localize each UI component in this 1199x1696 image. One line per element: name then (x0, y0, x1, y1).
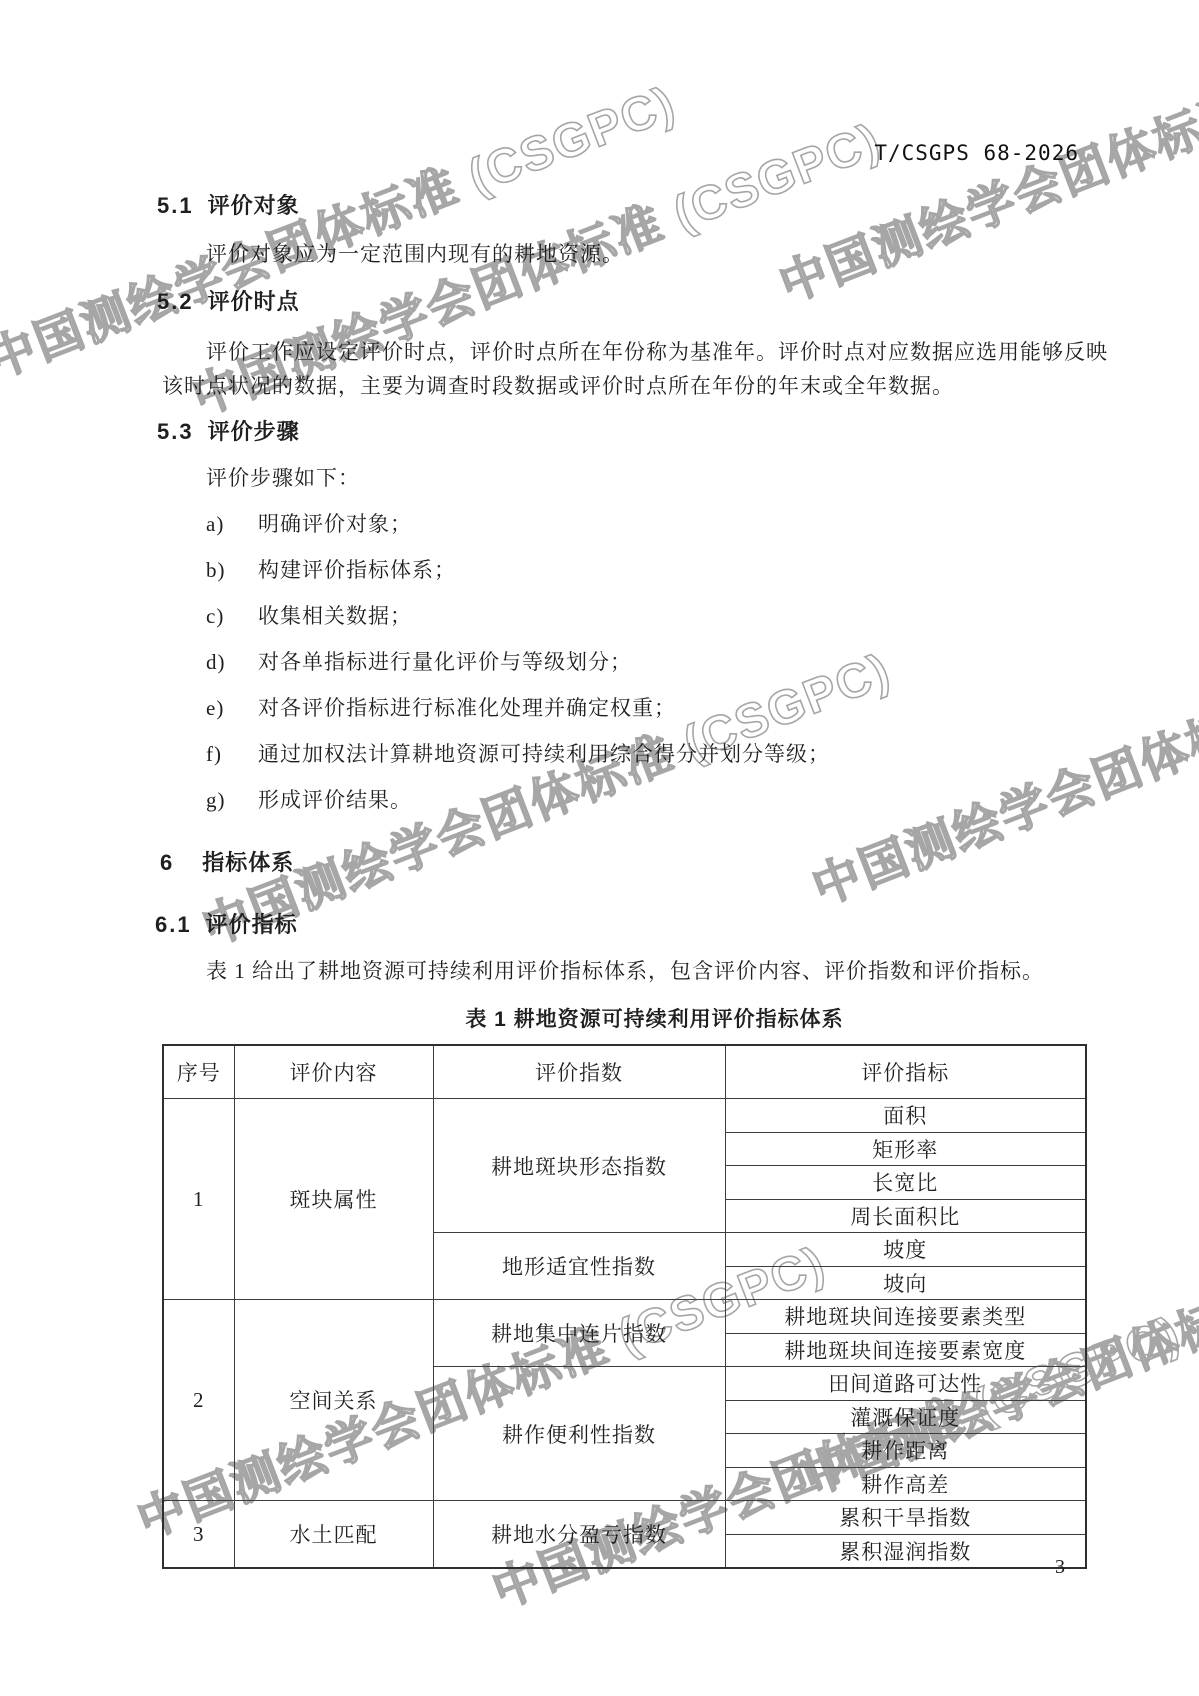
section-title: 指标体系 (202, 850, 294, 875)
section-number: 5.3 (157, 419, 194, 444)
cell-eval-indicator: 坡度 (725, 1233, 1086, 1267)
step-letter: d) (206, 650, 258, 675)
step-item-f: f)通过加权法计算耕地资源可持续利用综合得分并划分等级； (206, 738, 830, 768)
step-item-g: g)形成评价结果。 (206, 784, 412, 814)
table-row: 1斑块属性耕地斑块形态指数面积 (163, 1099, 1086, 1133)
paragraph-5-1: 评价对象应为一定范围内现有的耕地资源。 (206, 238, 624, 268)
step-letter: a) (206, 512, 258, 537)
step-letter: e) (206, 696, 258, 721)
page-number: 3 (1055, 1556, 1065, 1579)
cell-eval-indicator: 累积干旱指数 (725, 1501, 1086, 1535)
step-text: 形成评价结果。 (258, 788, 412, 812)
step-item-c: c)收集相关数据； (206, 600, 412, 630)
cell-eval-indicator: 周长面积比 (725, 1199, 1086, 1233)
cell-eval-index: 耕地斑块形态指数 (433, 1099, 725, 1233)
cell-eval-indicator: 累积湿润指数 (725, 1534, 1086, 1568)
col-header-index: 评价指数 (433, 1045, 725, 1099)
col-header-content: 评价内容 (234, 1045, 433, 1099)
cell-eval-index: 耕作便利性指数 (433, 1367, 725, 1501)
page-content: T/CSGPS 68-2026 5.1评价对象 评价对象应为一定范围内现有的耕地… (0, 0, 1199, 1696)
cell-eval-indicator: 面积 (725, 1099, 1086, 1133)
step-item-d: d)对各单指标进行量化评价与等级划分； (206, 646, 632, 676)
cell-seq-number: 1 (163, 1099, 234, 1300)
indicator-table: 序号 评价内容 评价指数 评价指标 1斑块属性耕地斑块形态指数面积矩形率长宽比周… (162, 1044, 1087, 1569)
section-heading-5-1: 5.1评价对象 (157, 189, 300, 220)
cell-eval-indicator: 耕地斑块间连接要素宽度 (725, 1333, 1086, 1367)
step-text: 对各评价指标进行标准化处理并确定权重； (258, 696, 676, 720)
cell-eval-content: 斑块属性 (234, 1099, 433, 1300)
cell-eval-indicator: 耕地斑块间连接要素类型 (725, 1300, 1086, 1334)
step-text: 收集相关数据； (258, 604, 412, 628)
cell-eval-indicator: 长宽比 (725, 1166, 1086, 1200)
cell-eval-indicator: 矩形率 (725, 1132, 1086, 1166)
cell-eval-index: 耕地水分盈亏指数 (433, 1501, 725, 1569)
step-letter: b) (206, 558, 258, 583)
col-header-indicator: 评价指标 (725, 1045, 1086, 1099)
paragraph-5-3-intro: 评价步骤如下： (206, 462, 360, 492)
cell-eval-indicator: 耕作距离 (725, 1434, 1086, 1468)
col-header-seq: 序号 (163, 1045, 234, 1099)
section-number: 6 (160, 850, 174, 875)
table-caption: 表 1 耕地资源可持续利用评价指标体系 (193, 1003, 1116, 1033)
cell-eval-indicator: 田间道路可达性 (725, 1367, 1086, 1401)
cell-eval-content: 水土匹配 (234, 1501, 433, 1569)
section-title: 评价步骤 (208, 419, 300, 444)
section-number: 6.1 (155, 912, 192, 937)
section-heading-5-3: 5.3评价步骤 (157, 415, 300, 446)
paragraph-5-2-line1: 评价工作应设定评价时点，评价时点所在年份称为基准年。评价时点对应数据应选用能够反… (206, 336, 1108, 366)
cell-eval-index: 耕地集中连片指数 (433, 1300, 725, 1367)
cell-seq-number: 2 (163, 1300, 234, 1501)
standard-number: T/CSGPS 68-2026 (874, 141, 1079, 165)
section-title: 评价时点 (208, 289, 300, 314)
section-heading-6-1: 6.1评价指标 (155, 908, 298, 939)
paragraph-6-1: 表 1 给出了耕地资源可持续利用评价指标体系，包含评价内容、评价指数和评价指标。 (206, 955, 1044, 985)
section-title: 评价指标 (206, 912, 298, 937)
step-letter: c) (206, 604, 258, 629)
step-letter: f) (206, 742, 258, 767)
section-heading-5-2: 5.2评价时点 (157, 285, 300, 316)
cell-eval-content: 空间关系 (234, 1300, 433, 1501)
section-number: 5.1 (157, 193, 194, 218)
table-header-row: 序号 评价内容 评价指数 评价指标 (163, 1045, 1086, 1099)
document-page: 中国测绘学会团体标准 (CSGPC)中国测绘学会团体标准 (CSGPC)中国测绘… (0, 0, 1199, 1696)
section-heading-6: 6指标体系 (160, 846, 294, 877)
step-text: 构建评价指标体系； (258, 558, 456, 582)
cell-eval-index: 地形适宜性指数 (433, 1233, 725, 1300)
section-number: 5.2 (157, 289, 194, 314)
step-item-a: a)明确评价对象； (206, 508, 412, 538)
step-text: 对各单指标进行量化评价与等级划分； (258, 650, 632, 674)
step-text: 明确评价对象； (258, 512, 412, 536)
table-row: 3水土匹配耕地水分盈亏指数累积干旱指数 (163, 1501, 1086, 1535)
cell-eval-indicator: 灌溉保证度 (725, 1400, 1086, 1434)
step-letter: g) (206, 788, 258, 813)
cell-seq-number: 3 (163, 1501, 234, 1569)
section-title: 评价对象 (208, 193, 300, 218)
step-item-b: b)构建评价指标体系； (206, 554, 456, 584)
step-item-e: e)对各评价指标进行标准化处理并确定权重； (206, 692, 676, 722)
paragraph-5-2-line2: 该时点状况的数据，主要为调查时段数据或评价时点所在年份的年末或全年数据。 (162, 370, 954, 400)
step-text: 通过加权法计算耕地资源可持续利用综合得分并划分等级； (258, 742, 830, 766)
table-row: 2空间关系耕地集中连片指数耕地斑块间连接要素类型 (163, 1300, 1086, 1334)
cell-eval-indicator: 耕作高差 (725, 1467, 1086, 1501)
cell-eval-indicator: 坡向 (725, 1266, 1086, 1300)
